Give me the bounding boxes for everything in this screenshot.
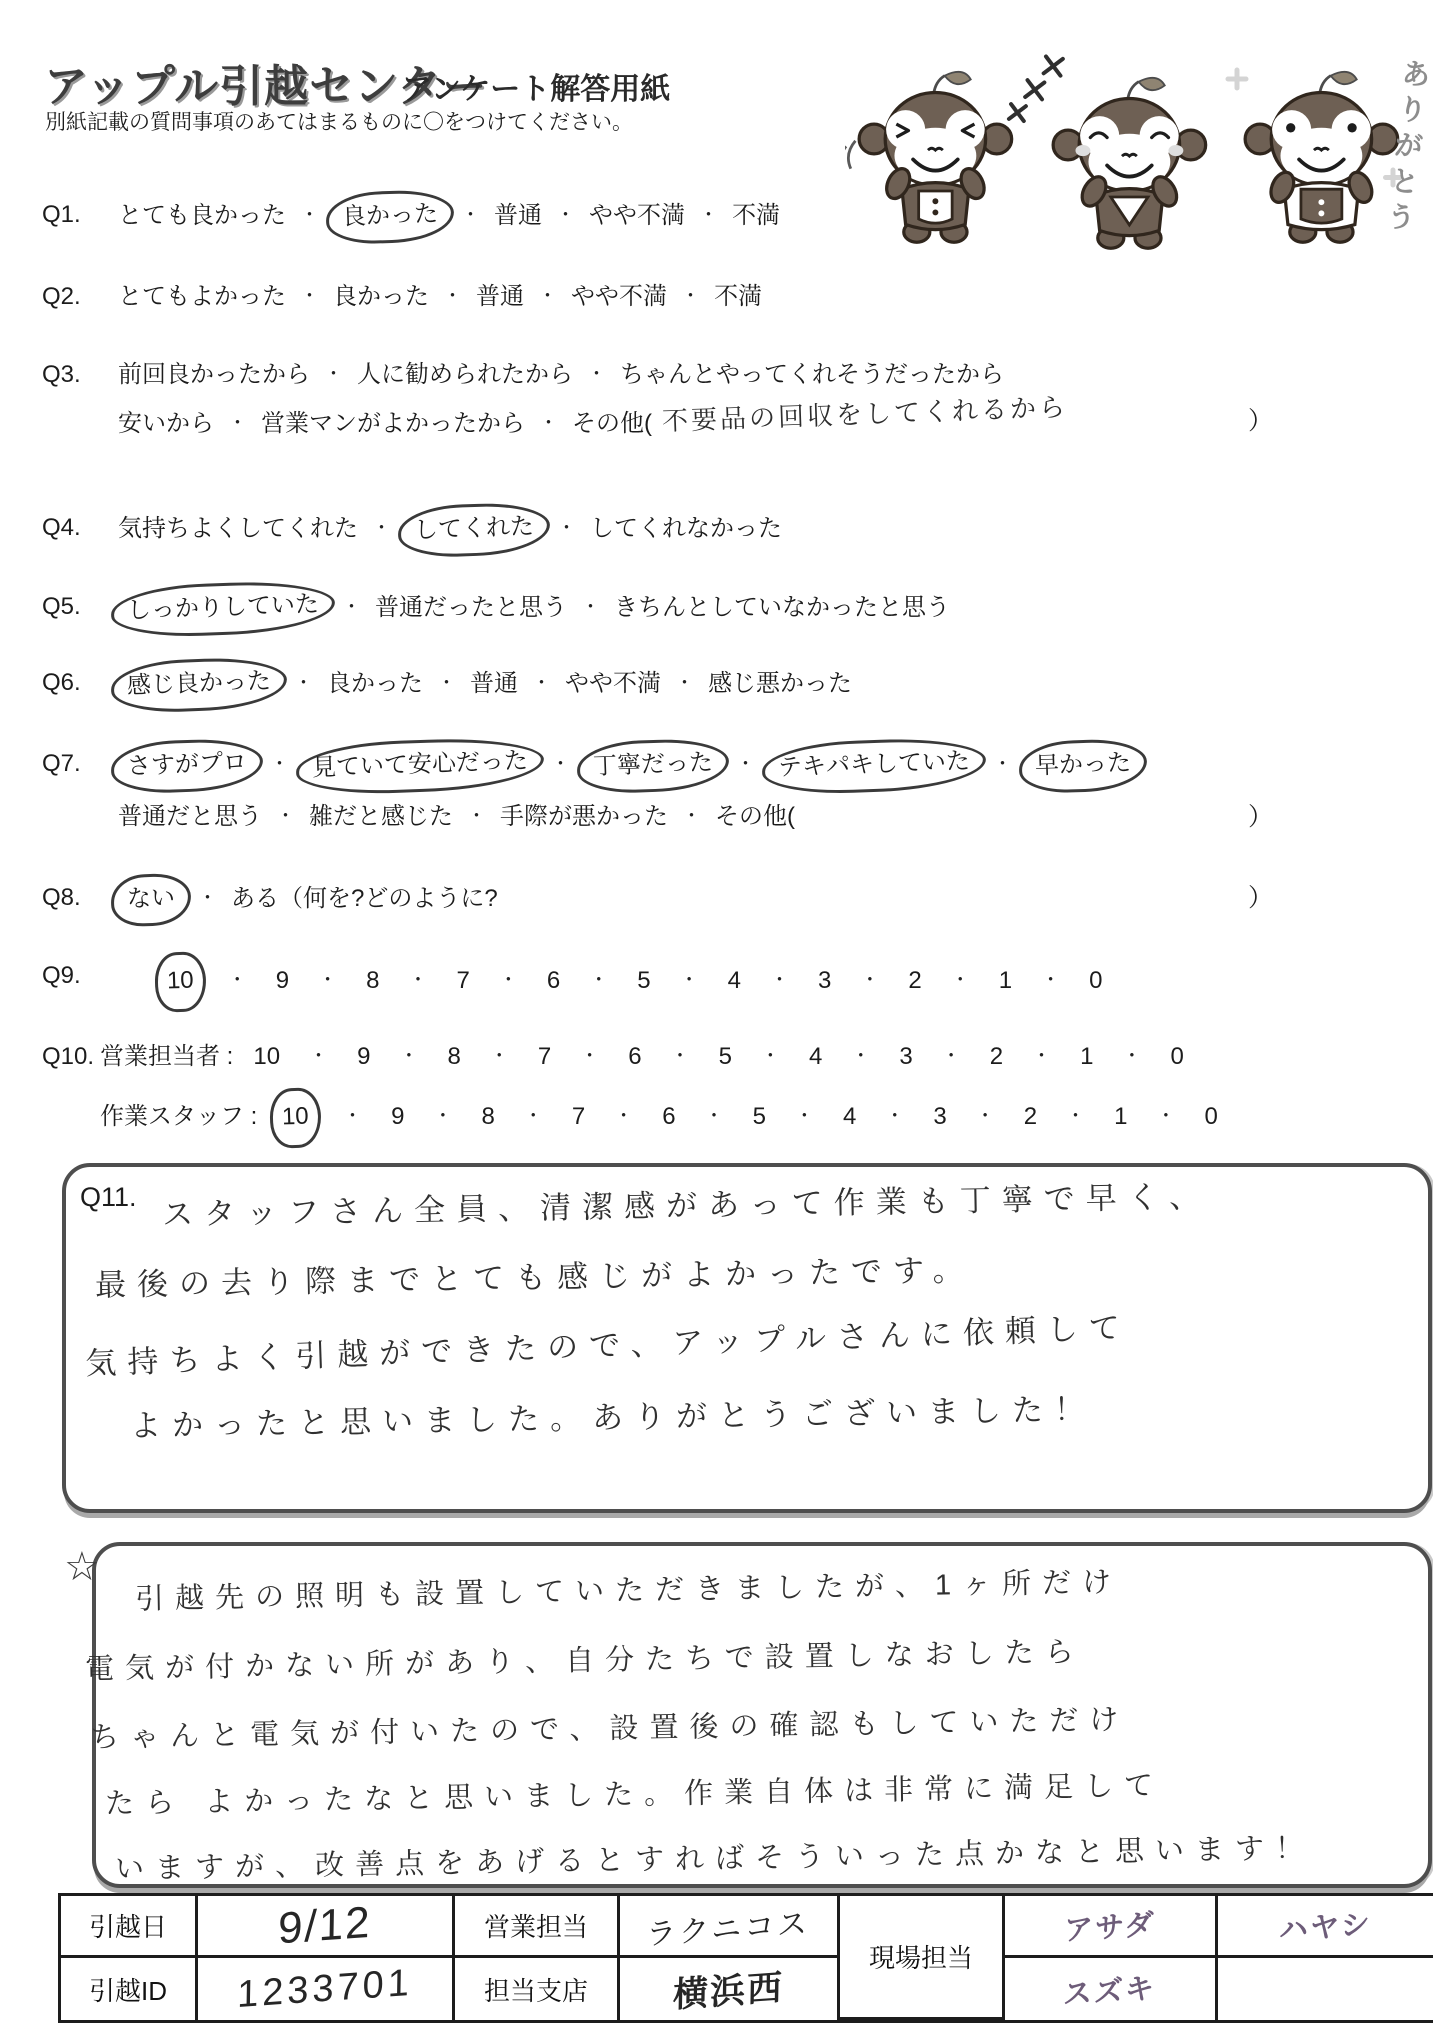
answer-option: 4: [728, 967, 741, 994]
answer-option: 6: [628, 1043, 641, 1070]
option-separator: ・: [539, 413, 558, 434]
answer-option: してくれなかった: [590, 515, 782, 542]
option-separator: ・: [490, 1046, 509, 1067]
answer-option: 0: [1204, 1103, 1217, 1130]
option-separator: ・: [1041, 970, 1060, 991]
option-separator: ・: [309, 1046, 328, 1067]
question-row-q3: Q3.前回良かったから・人に勧められたから・ちゃんとやってくれそうだったから: [0, 360, 1433, 406]
question-label: Q8.: [42, 883, 81, 913]
option-separator: ・: [270, 754, 289, 775]
answer-option: 3: [933, 1103, 946, 1130]
answer-option: その他(: [572, 410, 652, 437]
question-row-q5: Q5.しっかりしていた・普通だったと思う・きちんとしていなかったと思う: [0, 592, 1433, 638]
answer-options: 10・9・8・7・6・5・4・3・2・1・0: [162, 961, 1102, 1003]
answer-option: きちんとしていなかったと思う: [614, 594, 950, 621]
answer-option: 前回良かったから: [118, 361, 310, 388]
question-row-q10-line2: 作業スタッフ :10・9・8・7・6・5・4・3・2・1・0: [0, 1097, 1433, 1143]
answer-options: 作業スタッフ :10・9・8・7・6・5・4・3・2・1・0: [100, 1097, 1218, 1139]
star-mark: ☆: [64, 1544, 100, 1590]
answer-options: 営業担当者 :10・9・8・7・6・5・4・3・2・1・0: [100, 1042, 1184, 1072]
option-separator: ・: [324, 364, 343, 385]
option-separator: ・: [681, 286, 700, 307]
answer-options: ない・ある（何を?どのように?: [118, 883, 498, 917]
answer-option: 0: [1089, 967, 1102, 994]
move-id-value: 1233701: [198, 1958, 455, 2020]
answer-option: 2: [1024, 1103, 1037, 1130]
answer-option: 1: [999, 967, 1012, 994]
answer-option: 4: [809, 1043, 822, 1070]
answer-option: 気持ちよくしてくれた: [118, 515, 358, 542]
answer-options: とてもよかった・良かった・普通・やや不満・不満: [118, 282, 762, 312]
option-separator: ・: [228, 413, 247, 434]
option-separator: ・: [556, 205, 575, 226]
question-row-q7: Q7.さすがプロ・見ていて安心だった・丁寧だった・テキパキしていた・早かった: [0, 749, 1433, 795]
answer-option: 2: [990, 1043, 1003, 1070]
site-staff-2: ハヤシ: [1218, 1896, 1433, 1958]
answer-option: 10: [253, 1043, 280, 1070]
option-separator: ・: [699, 205, 718, 226]
branch-value: 横浜西: [620, 1958, 840, 2020]
answer-option-circled: 良かった: [325, 189, 455, 245]
option-separator: ・: [1122, 1046, 1141, 1067]
answer-option: 普通だと思う: [118, 803, 262, 830]
question-row-q1: Q1.とても良かった・良かった・普通・やや不満・不満: [0, 200, 1433, 246]
answer-option: 9: [357, 1043, 370, 1070]
answer-option: 良かった: [327, 670, 423, 697]
option-separator: ・: [682, 806, 701, 827]
question-row-q2: Q2.とてもよかった・良かった・普通・やや不満・不満: [0, 282, 1433, 328]
answer-option: 良かった: [333, 283, 429, 310]
footer-info-table: 引越日 9/12 営業担当 ラクニコス 現場担当 アサダ ハヤシ 引越ID 12…: [58, 1893, 1433, 2023]
answer-option: 感じ悪かった: [708, 670, 852, 697]
answer-options: 気持ちよくしてくれた・してくれた・してくれなかった: [118, 513, 782, 547]
option-separator: ・: [467, 806, 486, 827]
answer-option-circled: 感じ良かった: [110, 656, 288, 714]
question-row-q6: Q6.感じ良かった・良かった・普通・やや不満・感じ悪かった: [0, 668, 1433, 714]
option-separator: ・: [443, 286, 462, 307]
question-label: Q7.: [42, 749, 81, 779]
option-separator: ・: [294, 673, 313, 694]
answer-option: 普通: [494, 202, 542, 229]
answer-option: 9: [391, 1103, 404, 1130]
answer-option: 不満: [732, 202, 780, 229]
answer-option: 不満: [714, 283, 762, 310]
question-row-q10: Q10.営業担当者 :10・9・8・7・6・5・4・3・2・1・0: [0, 1042, 1433, 1088]
answer-option: 8: [366, 967, 379, 994]
answer-option: 営業マンがよかったから: [261, 410, 525, 437]
answer-option: 雑だと感じた: [309, 803, 453, 830]
closing-paren: ）: [1248, 883, 1273, 914]
answer-option-circled: さすがプロ: [110, 737, 264, 794]
option-separator: ・: [770, 970, 789, 991]
question-label: Q9.: [42, 961, 81, 991]
option-separator: ・: [437, 673, 456, 694]
question-label: Q6.: [42, 668, 81, 698]
answer-option: とてもよかった: [118, 283, 286, 310]
answer-option: 5: [637, 967, 650, 994]
answer-option: 7: [456, 967, 469, 994]
question-row-q7-line2: ）普通だと思う・雑だと感じた・手際が悪かった・その他(: [0, 802, 1433, 848]
option-separator: ・: [1156, 1106, 1175, 1127]
option-separator: ・: [1032, 1046, 1051, 1067]
question-row-q8: Q8.）ない・ある（何を?どのように?: [0, 883, 1433, 929]
answer-option: 安いから: [118, 410, 214, 437]
answer-option: やや不満: [571, 283, 667, 310]
option-separator: ・: [300, 205, 319, 226]
option-separator: ・: [614, 1106, 633, 1127]
answer-option-circled: ない: [110, 873, 192, 928]
answer-option-circled: してくれた: [397, 501, 551, 558]
answer-option: 5: [719, 1043, 732, 1070]
answer-option: やや不満: [589, 202, 685, 229]
option-separator: ・: [557, 518, 576, 539]
site-staff-label: 現場担当: [840, 1896, 1005, 2020]
move-date-value: 9/12: [198, 1896, 455, 1958]
option-separator: ・: [795, 1106, 814, 1127]
answer-option: 9: [276, 967, 289, 994]
answer-option: 普通だったと思う: [375, 594, 567, 621]
answer-option-circled: 10: [154, 951, 207, 1013]
option-separator: ・: [736, 754, 755, 775]
form-title: アンケート解答用紙: [402, 64, 670, 108]
option-separator: ・: [581, 597, 600, 618]
answer-option: 6: [547, 967, 560, 994]
option-separator: ・: [318, 970, 337, 991]
question-label: Q10.: [42, 1042, 94, 1072]
option-separator: ・: [671, 1046, 690, 1067]
option-separator: ・: [461, 205, 480, 226]
answer-option: 7: [572, 1103, 585, 1130]
answer-options: 普通だと思う・雑だと感じた・手際が悪かった・その他(: [118, 802, 795, 832]
answer-options: 安いから・営業マンがよかったから・その他(不要品の回収をしてくれるから: [118, 406, 1068, 439]
option-separator: ・: [1066, 1106, 1085, 1127]
question-row-q4: Q4.気持ちよくしてくれた・してくれた・してくれなかった: [0, 513, 1433, 559]
option-separator: ・: [942, 1046, 961, 1067]
option-separator: ・: [532, 673, 551, 694]
question-row-q9: Q9.10・9・8・7・6・5・4・3・2・1・0: [0, 961, 1433, 1007]
closing-paren: ）: [1248, 406, 1273, 437]
answer-option-circled: 丁寧だった: [576, 737, 730, 794]
option-separator: ・: [580, 1046, 599, 1067]
option-separator: ・: [372, 518, 391, 539]
closing-paren: ）: [1248, 802, 1273, 833]
answer-option-circled: 見ていて安心だった: [295, 736, 545, 797]
answer-option: 人に勧められたから: [357, 361, 573, 388]
answer-option: 7: [538, 1043, 551, 1070]
option-separator: ・: [675, 673, 694, 694]
site-staff-4: [1218, 1958, 1433, 2020]
answer-option: 普通: [476, 283, 524, 310]
sparkle-marks-icon: [1009, 53, 1063, 126]
option-separator: ・: [399, 1046, 418, 1067]
sales-rep-label: 営業担当: [455, 1896, 620, 1958]
answer-option: その他(: [715, 803, 795, 830]
answer-option: 8: [447, 1043, 460, 1070]
answer-option: 手際が悪かった: [500, 803, 668, 830]
move-id-label: 引越ID: [61, 1958, 198, 2020]
answer-option: 0: [1170, 1043, 1183, 1070]
answer-option: 2: [908, 967, 921, 994]
option-separator: ・: [524, 1106, 543, 1127]
answer-options: さすがプロ・見ていて安心だった・丁寧だった・テキパキしていた・早かった: [118, 749, 1140, 783]
move-date-label: 引越日: [61, 1896, 198, 1958]
option-separator: ・: [680, 970, 699, 991]
option-separator: ・: [538, 286, 557, 307]
option-separator: ・: [433, 1106, 452, 1127]
answer-option: 3: [899, 1043, 912, 1070]
branch-label: 担当支店: [455, 1958, 620, 2020]
site-staff-1: アサダ: [1005, 1896, 1218, 1958]
answer-option: 5: [753, 1103, 766, 1130]
option-separator: ・: [499, 970, 518, 991]
q11-label: Q11.: [80, 1182, 137, 1213]
instruction-text: 別紙記載の質問事項のあてはまるものに〇をつけてください。: [45, 106, 633, 136]
option-separator: ・: [300, 286, 319, 307]
answer-options: とても良かった・良かった・普通・やや不満・不満: [118, 200, 780, 234]
option-separator: ・: [198, 888, 217, 909]
answer-option-circled: しっかりしていた: [110, 579, 336, 639]
answer-option: 8: [481, 1103, 494, 1130]
answer-option: 普通: [470, 670, 518, 697]
option-separator: ・: [851, 1046, 870, 1067]
option-separator: ・: [408, 970, 427, 991]
option-separator: ・: [589, 970, 608, 991]
answer-options: 感じ良かった・良かった・普通・やや不満・感じ悪かった: [118, 668, 852, 702]
answer-option: 6: [662, 1103, 675, 1130]
answer-option: 4: [843, 1103, 856, 1130]
question-label: Q3.: [42, 360, 81, 390]
survey-sheet: アップル引越センター アンケート解答用紙 別紙記載の質問事項のあてはまるものに〇…: [0, 0, 1433, 2023]
option-separator: ・: [976, 1106, 995, 1127]
site-staff-3: スズキ: [1005, 1958, 1218, 2020]
answer-option: やや不満: [565, 670, 661, 697]
option-separator: ・: [885, 1106, 904, 1127]
option-separator: ・: [343, 1106, 362, 1127]
answer-option: とても良かった: [118, 202, 286, 229]
question-label: Q1.: [42, 200, 81, 230]
option-separator: ・: [587, 364, 606, 385]
option-separator: ・: [761, 1046, 780, 1067]
option-separator: ・: [276, 806, 295, 827]
answer-option: ちゃんとやってくれそうだったから: [620, 361, 1004, 388]
answer-option: ある（何を?どのように?: [231, 885, 498, 912]
option-separator: ・: [228, 970, 247, 991]
answer-option-circled: 早かった: [1018, 738, 1148, 794]
option-separator: ・: [342, 597, 361, 618]
question-label: Q5.: [42, 592, 81, 622]
question-row-q3-line2: ）安いから・営業マンがよかったから・その他(不要品の回収をしてくれるから: [0, 406, 1433, 452]
option-separator: ・: [993, 754, 1012, 775]
sales-rep-value: ラクニコス: [620, 1896, 840, 1958]
option-separator: ・: [951, 970, 970, 991]
answer-options: 前回良かったから・人に勧められたから・ちゃんとやってくれそうだったから: [118, 360, 1004, 390]
option-separator: ・: [551, 754, 570, 775]
rating-target-label: 営業担当者 :: [100, 1043, 233, 1070]
answer-option-circled: 10: [269, 1087, 322, 1149]
question-label: Q4.: [42, 513, 81, 543]
rating-target-label: 作業スタッフ :: [100, 1103, 257, 1130]
answer-option: 1: [1080, 1043, 1093, 1070]
answer-option-circled: テキパキしていた: [761, 736, 987, 796]
answer-option: 3: [818, 967, 831, 994]
question-label: Q2.: [42, 282, 81, 312]
option-separator: ・: [860, 970, 879, 991]
answer-option: 1: [1114, 1103, 1127, 1130]
answer-options: しっかりしていた・普通だったと思う・きちんとしていなかったと思う: [118, 592, 950, 626]
option-separator: ・: [705, 1106, 724, 1127]
